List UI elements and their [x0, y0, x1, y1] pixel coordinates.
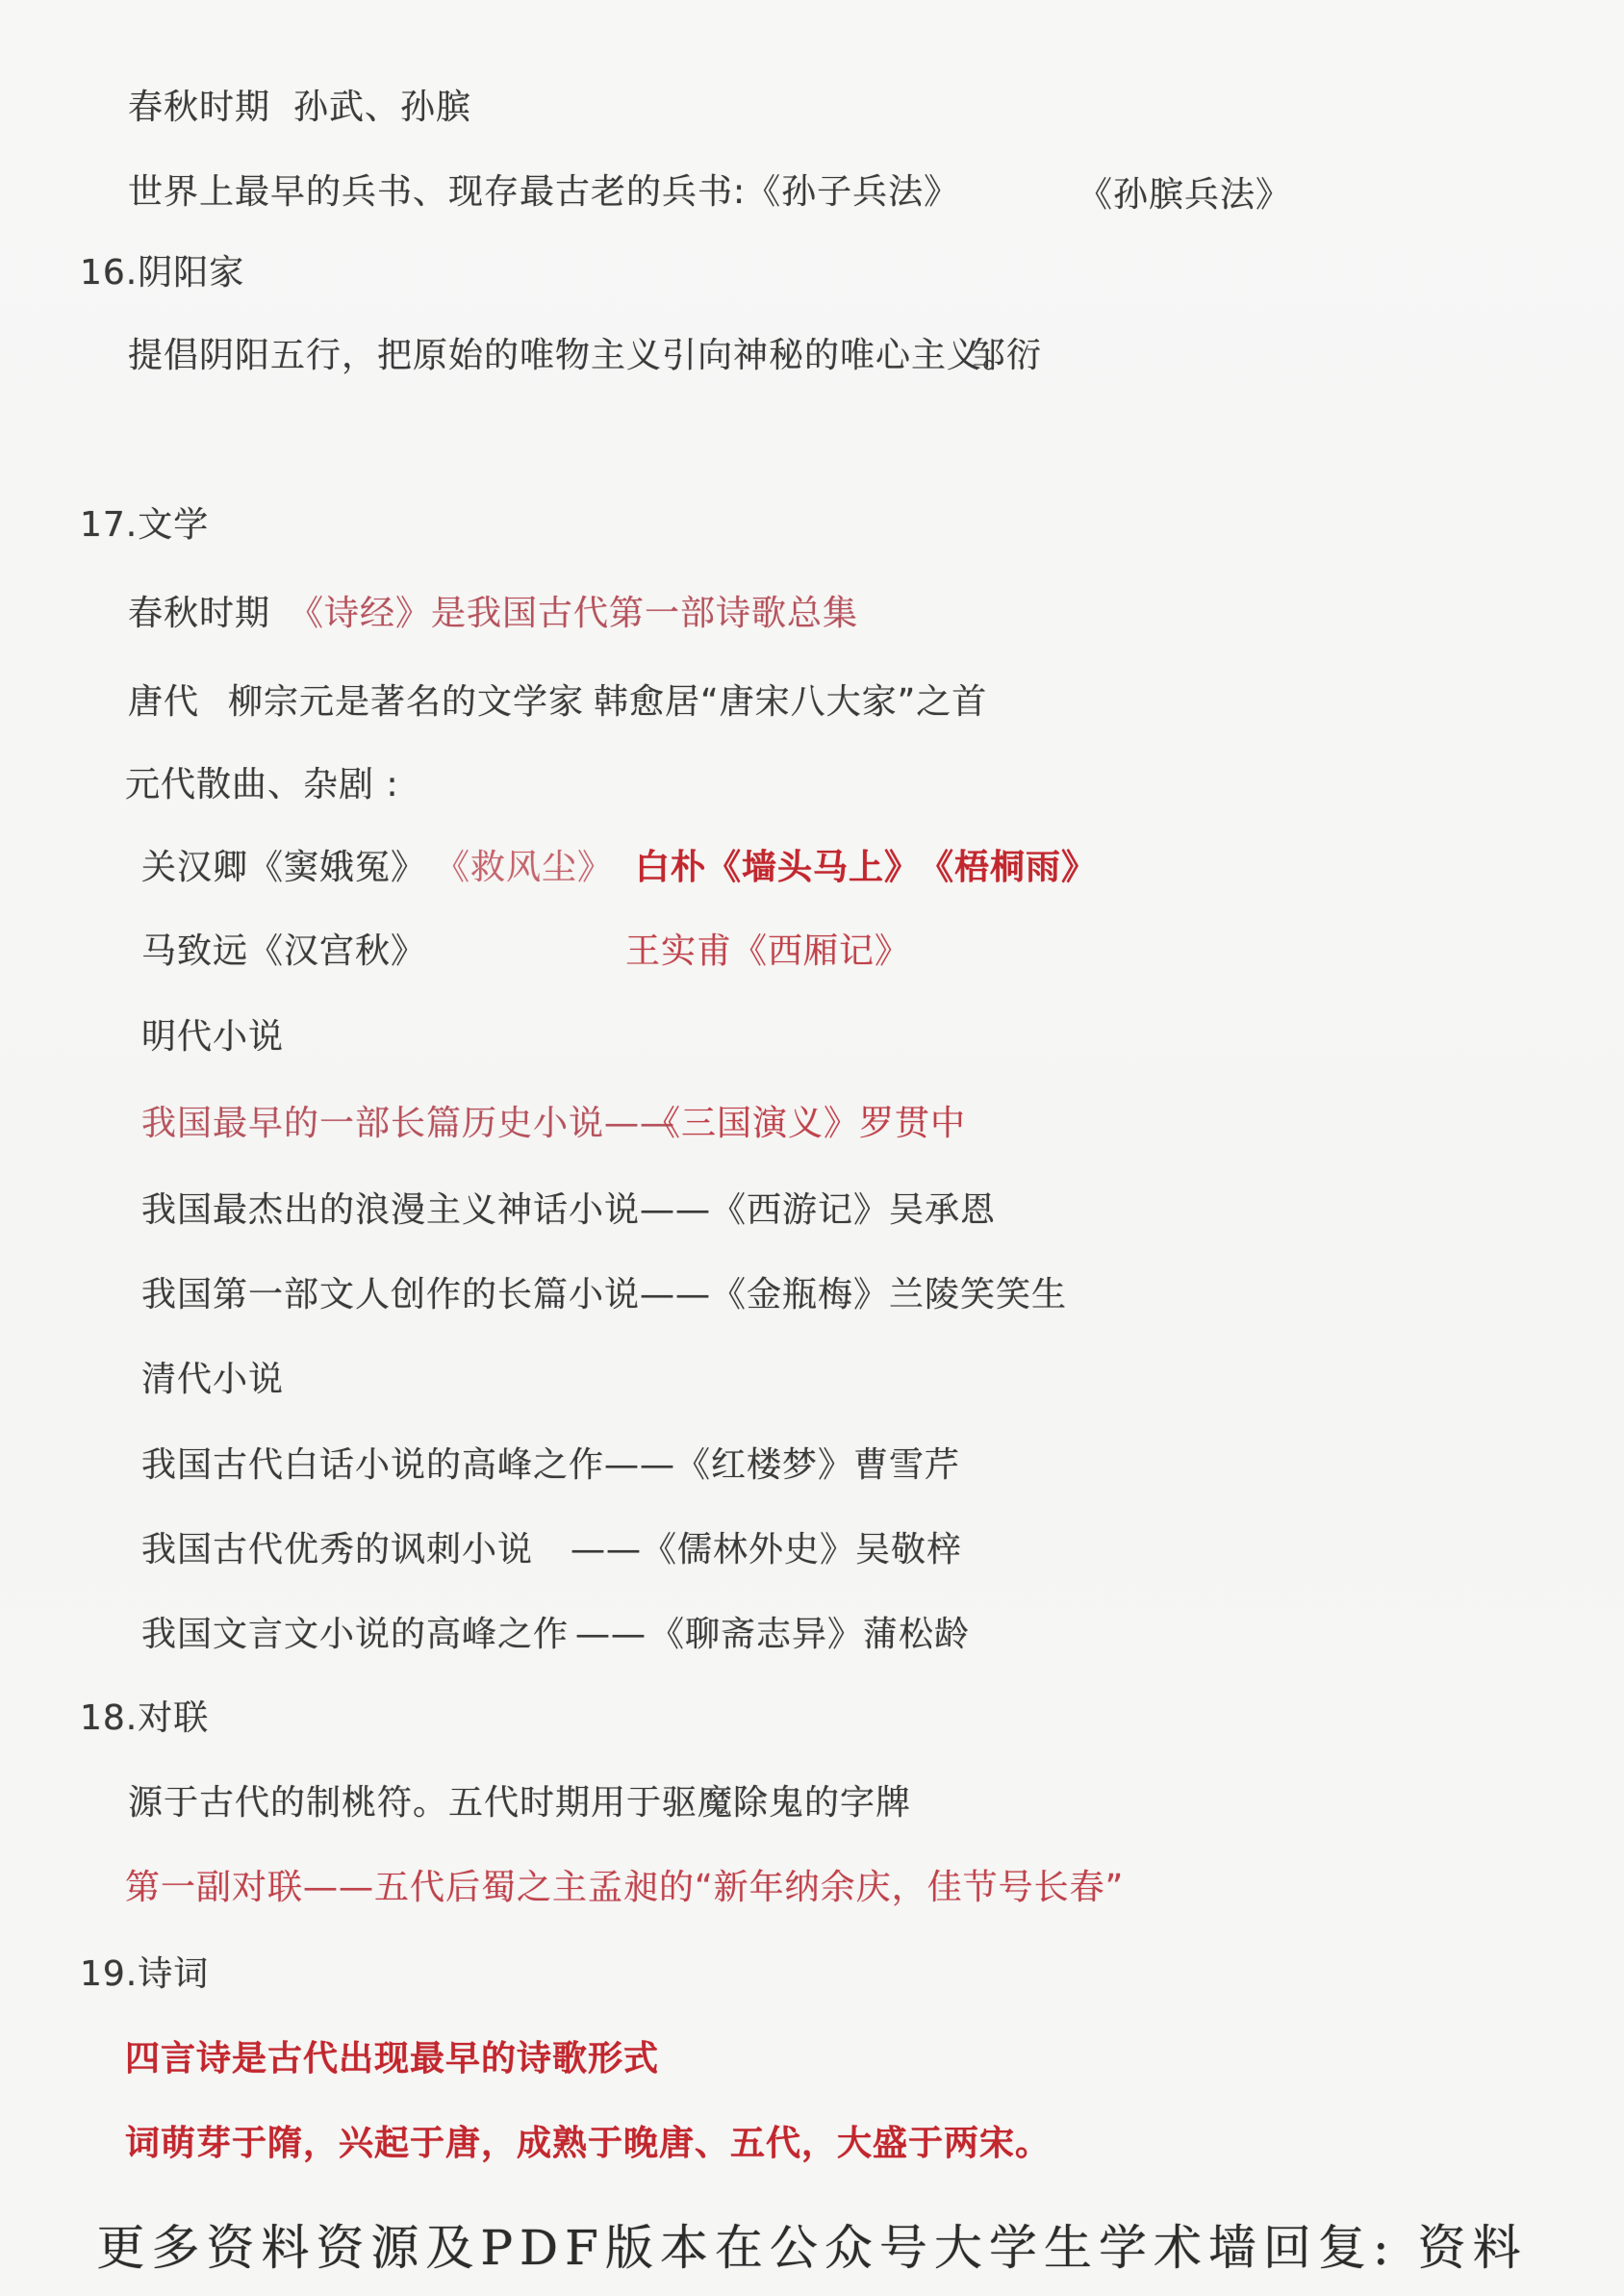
text-line: 关汉卿《窦娥冤》 — [141, 847, 426, 889]
dash: —— — [575, 1614, 647, 1656]
text-line: 《诗经》是我国古代第一部诗歌总集 — [289, 593, 858, 635]
section-heading-17: 17.文学 — [80, 504, 209, 547]
section-heading-18: 18.对联 — [80, 1697, 209, 1740]
section-heading-16: 16.阴阳家 — [80, 252, 244, 294]
footer-note: 更多资料资源及PDF版本在公众号大学生学术墙回复: 资料 — [96, 2209, 1527, 2279]
text-line: 我国文言文小说的高峰之作 — [141, 1614, 569, 1656]
text-line: 《梧桐雨》 — [919, 847, 1097, 889]
text-line: 春秋时期 — [128, 593, 270, 635]
text-line: 柳宗元是著名的文学家 — [228, 681, 584, 724]
text-line: 唐代 — [128, 681, 199, 724]
text-line: 世界上最早的兵书、现存最古老的兵书:《孙子兵法》 — [128, 171, 959, 214]
text-line: 我国古代优秀的讽刺小说 — [141, 1529, 533, 1571]
section-heading-19: 19.诗词 — [80, 1953, 209, 1996]
text-line: 我国最杰出的浪漫主义神话小说——《西游记》吴承恩 — [141, 1189, 996, 1232]
text-line: 四言诗是古代出现最早的诗歌形式 — [125, 2038, 659, 2080]
subsection-heading-qing-novels: 清代小说 — [141, 1359, 284, 1401]
text-line: 王实甫《西厢记》 — [625, 931, 910, 973]
text-line: 《救风尘》 — [435, 847, 613, 889]
text-line: 元代散曲、杂剧 : — [125, 764, 399, 806]
text-line: 邹衍 — [971, 335, 1042, 377]
subsection-heading-ming-novels: 明代小说 — [141, 1016, 284, 1059]
text-line: 韩愈居“唐宋八大家”之首 — [594, 681, 987, 724]
text-line: 提倡阴阳五行，把原始的唯物主义引向神秘的唯心主义。 — [128, 335, 1018, 377]
text-line: 马致远《汉宫秋》 — [141, 931, 426, 973]
text-line: 我国第一部文人创作的长篇小说——《金瓶梅》兰陵笑笑生 — [141, 1274, 1067, 1316]
text-line: ——《儒林外史》吴敬梓 — [571, 1529, 962, 1571]
text-line: 源于古代的制桃符。五代时期用于驱魔除鬼的字牌 — [128, 1782, 911, 1824]
text-line: 春秋时期 — [128, 87, 270, 129]
text-line: 孙武、孙膑 — [293, 87, 471, 129]
text-line: 《三国演义》罗贯中 — [646, 1103, 966, 1145]
text-line: 《孙膑兵法》 — [1078, 174, 1291, 217]
text-line: 词萌芽于隋，兴起于唐，成熟于晚唐、五代，大盛于两宋。 — [125, 2123, 1051, 2165]
text-line: 第一副对联——五代后蜀之主孟昶的“新年纳余庆，佳节号长春” — [125, 1867, 1124, 1909]
text-line: 我国古代白话小说的高峰之作——《红楼梦》曹雪芹 — [141, 1444, 960, 1487]
text-line: 我国最早的一部长篇历史小说—— — [141, 1103, 675, 1145]
text-line: 白朴《墙头马上》 — [635, 847, 920, 889]
text-line: 《聊斋志异》蒲松龄 — [649, 1614, 970, 1656]
document-page: 春秋时期 孙武、孙膑 世界上最早的兵书、现存最古老的兵书:《孙子兵法》 《孙膑兵… — [0, 0, 1624, 2296]
